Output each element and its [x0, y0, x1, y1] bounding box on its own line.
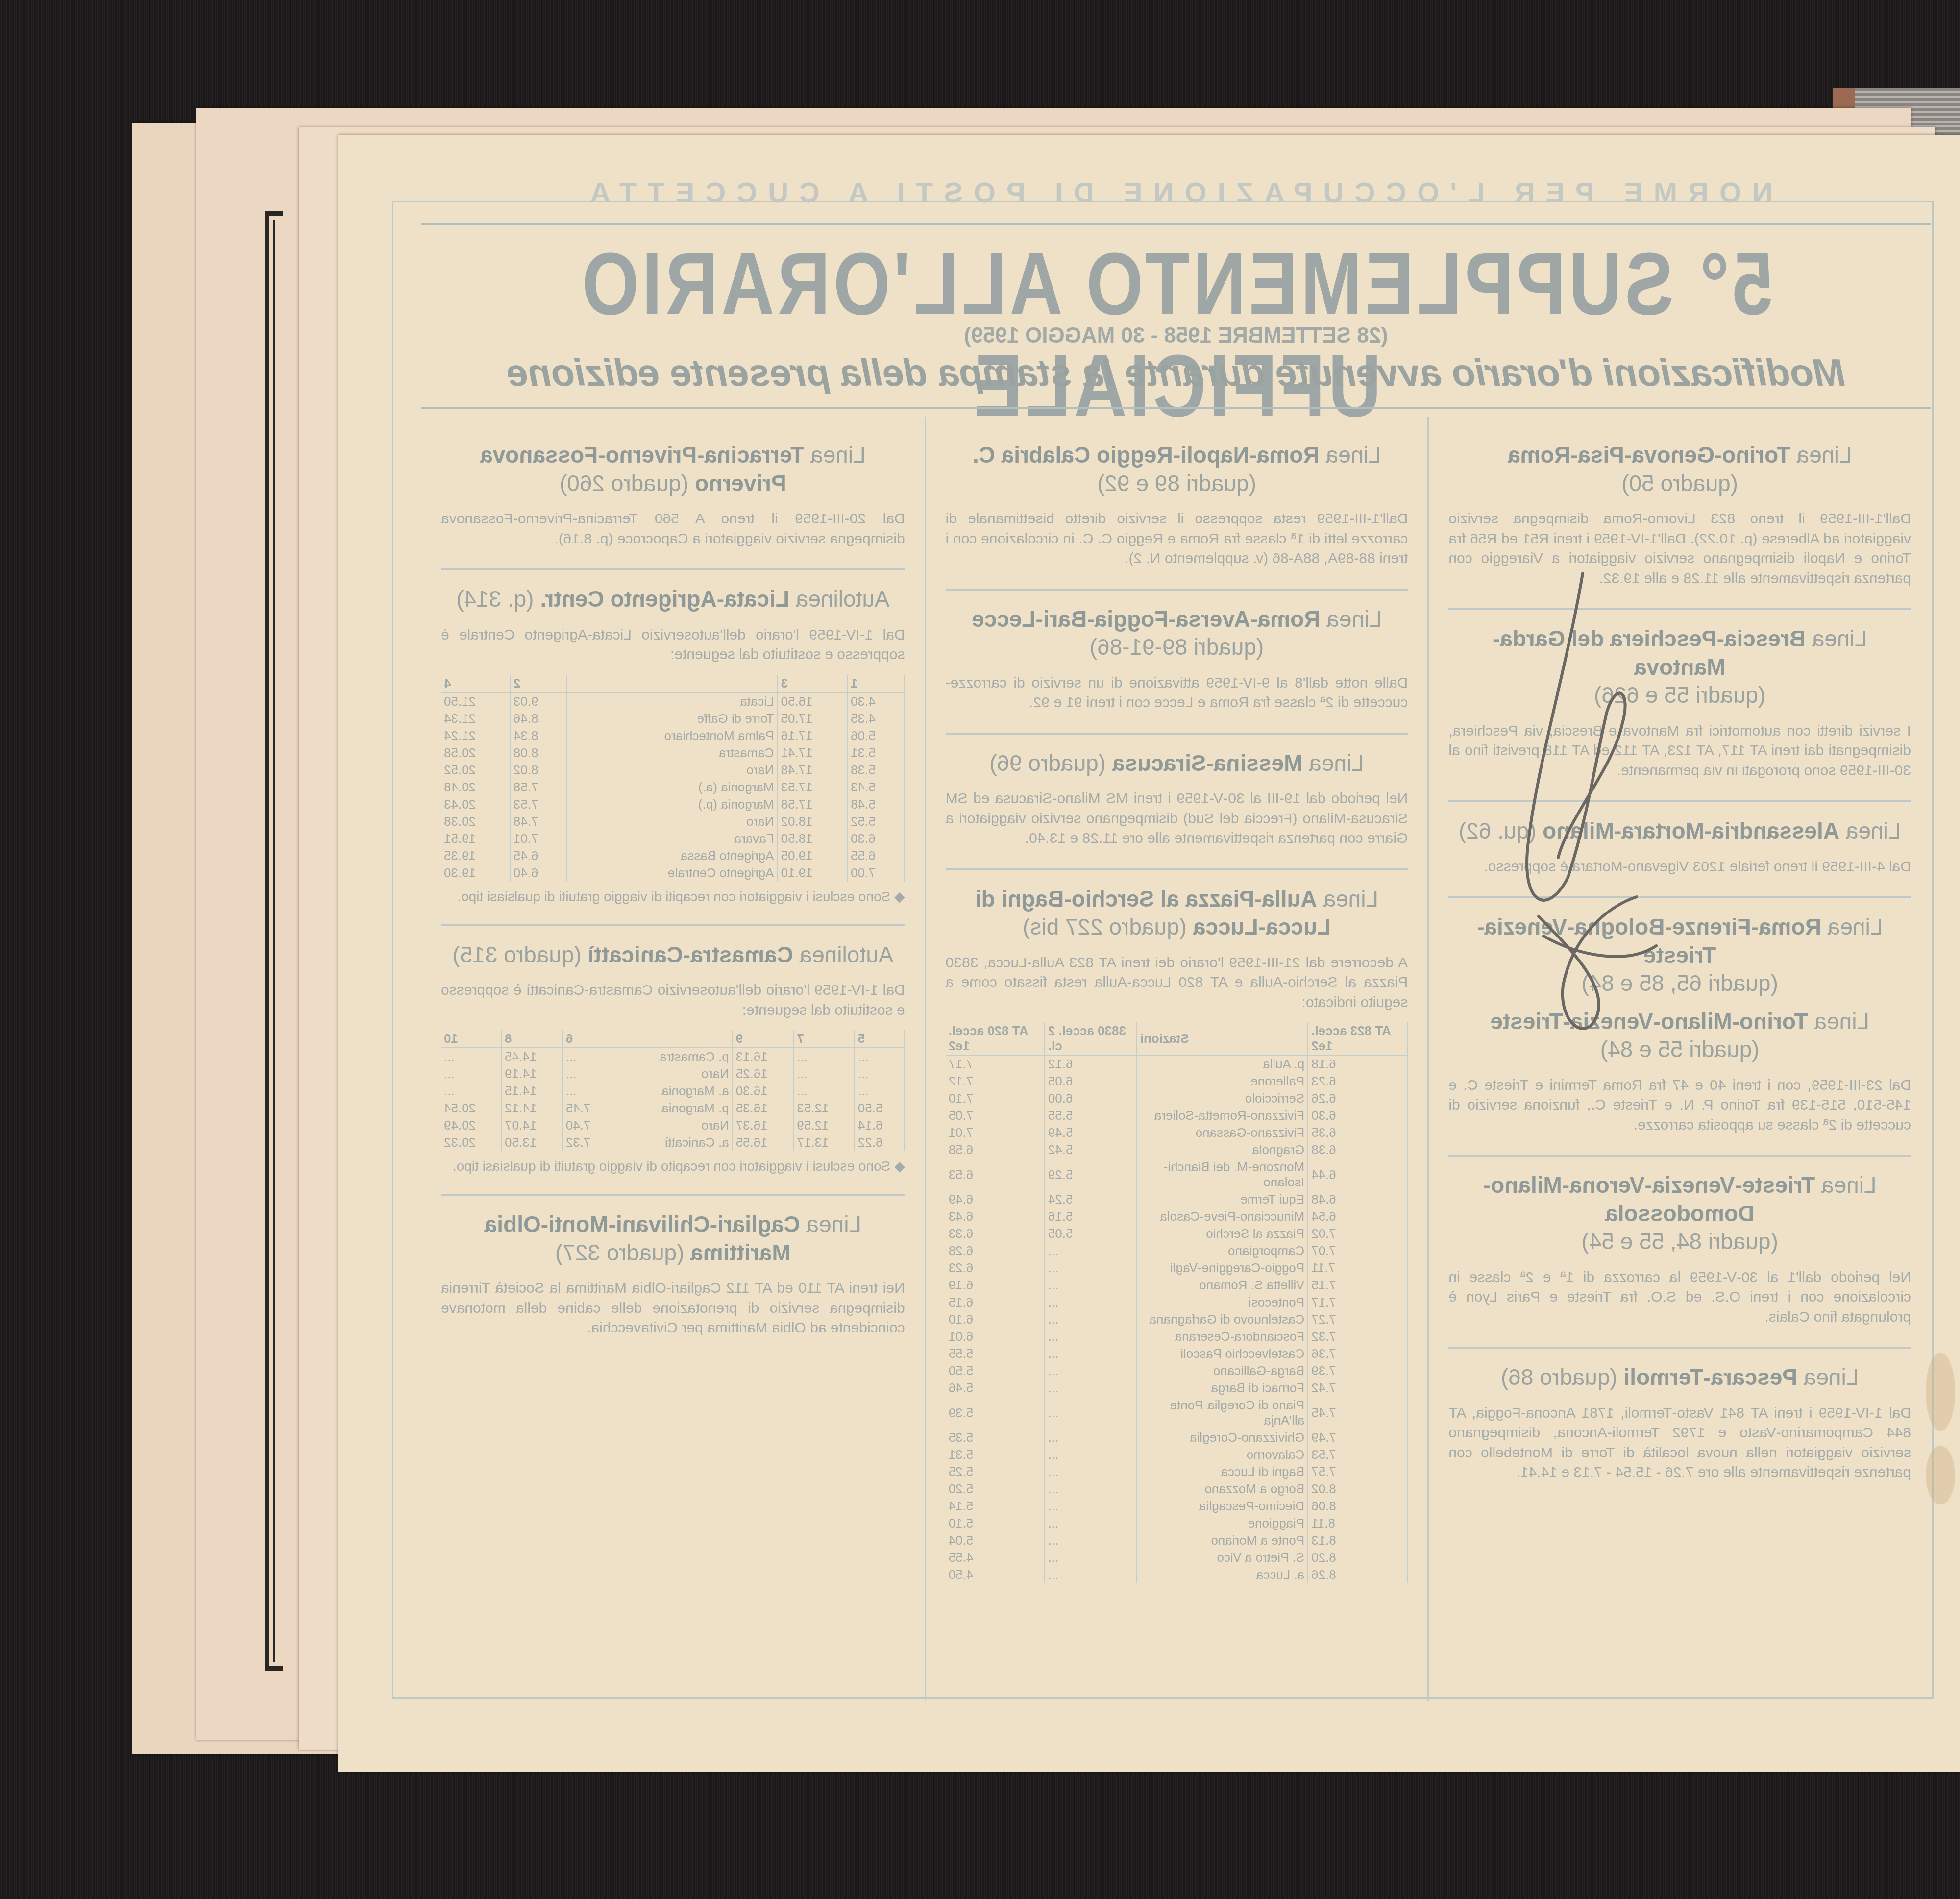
section-body: Dall'1-III-1959 resta soppresso il servi…	[946, 509, 1408, 569]
time-cell: 6.49	[946, 1191, 1045, 1208]
station-name: Favara	[567, 830, 777, 847]
time-cell: 5.55	[1045, 1107, 1137, 1124]
time-cell: 6.10	[946, 1311, 1045, 1328]
time-cell: 17.58	[778, 796, 848, 813]
time-cell: 7.40	[563, 1117, 612, 1134]
header-rule	[421, 223, 1931, 225]
table-row: 8.20S. Pietro a Vico...4.55	[946, 1549, 1408, 1566]
station-name: Agrigento Centrale	[567, 864, 777, 882]
time-cell: 19.35	[441, 847, 510, 864]
station-name: Castelvecchio Pascoli	[1137, 1345, 1308, 1362]
time-cell: 13.17	[793, 1134, 855, 1151]
table-row: 4.3016.50Licata9.0321.50	[441, 692, 905, 710]
time-cell: 16.25	[733, 1065, 794, 1083]
station-name: Barga-Gallicano	[1137, 1362, 1308, 1380]
time-cell: 14.15	[501, 1083, 563, 1100]
section-pescara-termoli: Linea Pescara-Termoli (quadro 86) Dal 1-…	[1448, 1349, 1911, 1503]
time-cell: 14.19	[501, 1065, 563, 1083]
station-name: Castelnuovo di Garfagnana	[1137, 1311, 1308, 1328]
time-cell: 14.45	[501, 1048, 563, 1065]
time-cell: 7.58	[510, 779, 567, 796]
time-cell: 7.05	[946, 1107, 1045, 1124]
document-subheading: Modificazioni d'orario avvenute durante …	[421, 350, 1931, 395]
station-name: p. Camastra	[612, 1048, 733, 1065]
paper-stain	[1926, 1446, 1955, 1504]
time-cell: 16.37	[733, 1117, 794, 1134]
time-cell: ...	[1045, 1259, 1137, 1277]
table-row: 7.42Fornaci di Barga...5.46	[946, 1380, 1408, 1397]
time-cell: 7.42	[1308, 1380, 1407, 1397]
time-cell: 6.28	[946, 1242, 1045, 1259]
column-left: Linea Terracina-Priverno-Fossanova Prive…	[421, 417, 925, 1701]
section-body: Dal 23-III-1959, con i treni 40 e 47 fra…	[1448, 1076, 1911, 1135]
time-cell: ...	[1045, 1446, 1137, 1463]
time-cell: 4.30	[847, 692, 905, 710]
document-date-range: (28 SETTEMBRE 1958 - 30 MAGGIO 1959)	[421, 323, 1931, 348]
time-cell: 6.01	[946, 1328, 1045, 1345]
station-name: Pontecosi	[1137, 1294, 1308, 1311]
time-cell: 5.24	[1045, 1191, 1137, 1208]
time-cell: 5.38	[847, 762, 905, 779]
time-cell: 9.03	[510, 692, 567, 710]
station-name: Piano di Coreglia-Ponte all'Anja	[1137, 1397, 1308, 1429]
section-body: Dal 1-IV-1959 l'orario dell'autoservizio…	[441, 981, 905, 1020]
station-name: Minucciano-Pieve-Casola	[1137, 1208, 1308, 1225]
time-cell: 7.17	[946, 1055, 1045, 1073]
station-name: Ponte a Moriano	[1137, 1532, 1308, 1549]
time-cell: 7.53	[1308, 1446, 1407, 1463]
time-cell: 6.22	[855, 1134, 905, 1151]
time-cell: 5.50	[855, 1100, 905, 1117]
time-cell: 5.20	[946, 1480, 1045, 1498]
time-cell: 7.39	[1308, 1362, 1407, 1380]
time-cell: ...	[441, 1048, 501, 1065]
time-cell: ...	[1045, 1397, 1137, 1429]
time-cell: 20.58	[441, 744, 510, 762]
time-cell: 5.48	[847, 796, 905, 813]
time-cell: 6.54	[1308, 1208, 1407, 1225]
time-cell: 8.08	[510, 744, 567, 762]
time-cell: ...	[1045, 1463, 1137, 1480]
station-name: Bagni di Lucca	[1137, 1463, 1308, 1480]
time-cell: 6.23	[1308, 1073, 1407, 1090]
time-cell: 5.31	[847, 744, 905, 762]
time-cell: ...	[1045, 1498, 1137, 1515]
section-licata-agrigento: Autolinea Licata-Agrigento Centr. (q. 31…	[441, 570, 905, 926]
table-row: 8.06Diecimo-Pescaglia...5.14	[946, 1498, 1408, 1515]
time-cell: 5.04	[946, 1532, 1045, 1549]
section-body: Dal 20-III-1959 il treno A 560 Terracina…	[441, 509, 905, 549]
station-name: Palma Montechiaro	[567, 727, 777, 744]
time-cell: 7.17	[1308, 1294, 1407, 1311]
time-cell: 7.32	[1308, 1328, 1407, 1345]
time-cell: ...	[793, 1065, 855, 1083]
station-name: Margonia (a.)	[567, 779, 777, 796]
table-row: 6.23Pallerone6.057.12	[946, 1073, 1408, 1090]
time-cell: ...	[441, 1065, 501, 1083]
station-name: Pallerone	[1137, 1073, 1308, 1090]
time-cell: 7.45	[1308, 1397, 1407, 1429]
time-cell: 20.48	[441, 779, 510, 796]
time-cell: 20.52	[441, 762, 510, 779]
timetable-note: ◆ Sono esclusi i viaggiatori con recapit…	[441, 888, 905, 905]
top-heading: NORME PER L'OCCUPAZIONE DI POSTI A CUCCE…	[421, 176, 1931, 209]
station-name: Agrigento Bassa	[567, 847, 777, 864]
station-name: a. Canicattì	[612, 1134, 733, 1151]
time-cell: 16.13	[733, 1048, 794, 1065]
section-camastra-canicatti: Autolinea Camastra-Canicattì (quadro 315…	[441, 926, 905, 1196]
time-cell: ...	[793, 1048, 855, 1065]
time-cell: 6.40	[510, 864, 567, 882]
time-cell: 7.27	[1308, 1311, 1407, 1328]
table-row: 7.57Bagni di Lucca...5.25	[946, 1463, 1408, 1480]
time-cell: 6.19	[946, 1277, 1045, 1294]
time-cell: 5.52	[847, 813, 905, 830]
paper-stain	[1926, 1353, 1955, 1431]
table-row: ......16.25Naro...14.19...	[441, 1065, 905, 1083]
time-cell: 17.41	[778, 744, 848, 762]
time-cell: 7.45	[563, 1100, 612, 1117]
time-cell: 19.51	[441, 830, 510, 847]
time-cell: 7.01	[510, 830, 567, 847]
table-row: 6.54Minucciano-Pieve-Casola5.166.43	[946, 1208, 1408, 1225]
time-cell: 19.30	[441, 864, 510, 882]
time-cell: ...	[563, 1083, 612, 1100]
table-row: 7.11Poggio-Careggine-Vagli...6.23	[946, 1259, 1408, 1277]
table-row: 6.3018.50Favara7.0119.51	[441, 830, 905, 847]
time-cell: 21.24	[441, 727, 510, 744]
station-name: Calavorno	[1137, 1446, 1308, 1463]
station-name: Margonia (p.)	[567, 796, 777, 813]
station-name: Licata	[567, 692, 777, 710]
time-cell: 17.48	[778, 762, 848, 779]
station-name: Fornaci di Barga	[1137, 1380, 1308, 1397]
table-row: 6.26Serricciolo6.007.10	[946, 1090, 1408, 1107]
time-cell: 7.15	[1308, 1277, 1407, 1294]
time-cell: 20.32	[441, 1134, 501, 1151]
station-name: Camporgiano	[1137, 1242, 1308, 1259]
time-cell: 7.07	[1308, 1242, 1407, 1259]
station-name: Ghivizzano-Coreglia	[1137, 1429, 1308, 1446]
time-cell: ...	[1045, 1362, 1137, 1380]
time-cell: ...	[1045, 1566, 1137, 1583]
time-cell: 16.30	[733, 1083, 794, 1100]
bleed-through-document: NORME PER L'OCCUPAZIONE DI POSTI A CUCCE…	[421, 176, 1931, 1701]
station-name: S. Pietro a Vico	[1137, 1549, 1308, 1566]
time-cell: 8.02	[1308, 1480, 1407, 1498]
column-grid: Linea Torino-Genova-Pisa-Roma(quadro 50)…	[421, 417, 1931, 1701]
table-row: 6.5519.05Agrigento Bassa6.4519.35	[441, 847, 905, 864]
time-cell: ...	[563, 1048, 612, 1065]
station-name: Serricciolo	[1137, 1090, 1308, 1107]
station-name: Camastra	[567, 744, 777, 762]
time-cell: 6.38	[1308, 1141, 1407, 1159]
time-cell: ...	[1045, 1380, 1137, 1397]
time-cell: ...	[1045, 1294, 1137, 1311]
time-cell: 6.12	[1045, 1055, 1137, 1073]
section-title: Messina-Siracusa	[1112, 750, 1303, 776]
table-row: 8.02Borgo a Mozzano...5.20	[946, 1480, 1408, 1498]
time-cell: 5.46	[946, 1380, 1045, 1397]
time-cell: 7.02	[1308, 1225, 1407, 1242]
table-row: 7.53Calavorno...5.31	[946, 1446, 1408, 1463]
time-cell: 6.45	[510, 847, 567, 864]
time-cell: ...	[1045, 1429, 1137, 1446]
time-cell: 17.05	[778, 710, 848, 727]
time-cell: 7.10	[946, 1090, 1045, 1107]
time-cell: ...	[1045, 1277, 1137, 1294]
time-cell: ...	[855, 1065, 905, 1083]
time-cell: 6.48	[1308, 1191, 1407, 1208]
time-cell: 6.26	[1308, 1090, 1407, 1107]
time-cell: 8.46	[510, 710, 567, 727]
section-messina-siracusa: Linea Messina-Siracusa (quadro 96) Nel p…	[946, 735, 1408, 870]
table-row: 5.4317.53Margonia (a.)7.5820.48	[441, 779, 905, 796]
table-row: 7.15Villetta S. Romano...6.19	[946, 1277, 1408, 1294]
time-cell: 18.50	[778, 830, 848, 847]
section-title: Camastra-Canicattì	[588, 942, 793, 967]
section-aulla-lucca: Linea Aulla-Piazza al Serchio-Bagni di L…	[946, 870, 1408, 1603]
time-cell: 7.11	[1308, 1259, 1407, 1277]
section-body: Dal 1-IV-1959 l'orario dell'autoservizio…	[441, 625, 905, 665]
time-cell: 5.16	[1045, 1208, 1137, 1225]
table-row: 6.2213.1716.55a. Canicattì7.3213.5020.32	[441, 1134, 905, 1151]
table-row: 6.30Fivizzano-Rometta-Soliera5.557.05	[946, 1107, 1408, 1124]
table-row: 4.3517.05Torre di Gaffe8.4621.34	[441, 710, 905, 727]
time-cell: 17.16	[778, 727, 848, 744]
time-cell: 5.06	[847, 727, 905, 744]
timetable-licata-agrigento: 1 3 2 4 4.3016.50Licata9.0321.504.3517.0…	[441, 675, 905, 882]
time-cell: 5.49	[1045, 1124, 1137, 1141]
section-roma-lecce: Linea Roma-Aversa-Foggia-Bari-Lecce(quad…	[946, 591, 1408, 735]
time-cell: ...	[1045, 1515, 1137, 1532]
table-row: 6.44Monzone-M. dei Bianchi-Isolano5.296.…	[946, 1159, 1408, 1191]
time-cell: 6.30	[1308, 1107, 1407, 1124]
time-cell: 6.05	[1045, 1073, 1137, 1090]
time-cell: 5.10	[946, 1515, 1045, 1532]
time-cell: 8.20	[1308, 1549, 1407, 1566]
printed-border-left	[265, 211, 283, 1671]
time-cell: 5.25	[946, 1463, 1045, 1480]
time-cell: ...	[441, 1083, 501, 1100]
time-cell: 5.31	[946, 1446, 1045, 1463]
timetable-aulla-lucca: AT 823 accel. 1e2 Stazioni 3830 accel. 2…	[946, 1022, 1408, 1583]
time-cell: 6.00	[1045, 1090, 1137, 1107]
time-cell: 12.59	[793, 1117, 855, 1134]
section-roma-reggio: Linea Roma-Napoli-Reggio Calabria C.(qua…	[946, 426, 1408, 591]
station-name: Torre di Gaffe	[567, 710, 777, 727]
time-cell: 8.13	[1308, 1532, 1407, 1549]
time-cell: 19.10	[778, 864, 848, 882]
column-middle: Linea Roma-Napoli-Reggio Calabria C.(qua…	[925, 417, 1428, 1701]
station-name: a. Lucca	[1137, 1566, 1308, 1583]
time-cell: 18.02	[778, 813, 848, 830]
time-cell: ...	[855, 1083, 905, 1100]
time-cell: 16.50	[778, 692, 848, 710]
time-cell: 6.58	[946, 1141, 1045, 1159]
station-name: p. Margonia	[612, 1100, 733, 1117]
table-row: ......16.30a. Margonia...14.15...	[441, 1083, 905, 1100]
section-title: Torino-Genova-Pisa-Roma	[1508, 442, 1790, 468]
station-name: Fivizzano-Gassano	[1137, 1124, 1308, 1141]
table-row: 7.49Ghivizzano-Coreglia...5.35	[946, 1429, 1408, 1446]
time-cell: ...	[1045, 1311, 1137, 1328]
station-name: Naro	[567, 762, 777, 779]
station-name: Fosciandora-Ceserana	[1137, 1328, 1308, 1345]
time-cell: 20.49	[441, 1117, 501, 1134]
table-row: 5.4817.58Margonia (p.)7.5320.43	[441, 796, 905, 813]
section-trieste-domodossola: Linea Trieste-Venezia-Verona-Milano-Domo…	[1448, 1157, 1911, 1349]
time-cell: 7.32	[563, 1134, 612, 1151]
table-row: 8.11Piaggione...5.10	[946, 1515, 1408, 1532]
time-cell: 7.48	[510, 813, 567, 830]
time-cell: 21.34	[441, 710, 510, 727]
time-cell: 8.06	[1308, 1498, 1407, 1515]
time-cell: 5.50	[946, 1362, 1045, 1380]
time-cell: 7.57	[1308, 1463, 1407, 1480]
timetable-body: 6.18p. Aulla6.127.176.23Pallerone6.057.1…	[946, 1055, 1408, 1583]
time-cell: 4.35	[847, 710, 905, 727]
time-cell: ...	[855, 1048, 905, 1065]
time-cell: ...	[1045, 1328, 1137, 1345]
time-cell: 14.07	[501, 1117, 563, 1134]
section-cagliari-olbia: Linea Cagliari-Chilivani-Monti-Olbia Mar…	[441, 1196, 905, 1358]
section-title: Trieste-Venezia-Verona-Milano-Domodossol…	[1483, 1172, 1815, 1226]
station-name: Borgo a Mozzano	[1137, 1480, 1308, 1498]
time-cell: 21.50	[441, 692, 510, 710]
time-cell: 7.01	[946, 1124, 1045, 1141]
time-cell: 6.44	[1308, 1159, 1407, 1191]
time-cell: 6.23	[946, 1259, 1045, 1277]
time-cell: 6.18	[1308, 1055, 1407, 1073]
table-row: 8.26a. Lucca...4.50	[946, 1566, 1408, 1583]
table-row: 5.3817.48Naro8.0220.52	[441, 762, 905, 779]
time-cell: 19.05	[778, 847, 848, 864]
handwritten-signature	[1509, 564, 1686, 1054]
station-name: Fivizzano-Rometta-Soliera	[1137, 1107, 1308, 1124]
section-terracina-priverno: Linea Terracina-Priverno-Fossanova Prive…	[441, 426, 905, 570]
station-name: Villetta S. Romano	[1137, 1277, 1308, 1294]
station-name: Piaggione	[1137, 1515, 1308, 1532]
time-cell: 4.55	[946, 1549, 1045, 1566]
station-name: Monzone-M. dei Bianchi-Isolano	[1137, 1159, 1308, 1191]
time-cell: ...	[1045, 1242, 1137, 1259]
time-cell: 17.53	[778, 779, 848, 796]
table-row: 7.27Castelnuovo di Garfagnana...6.10	[946, 1311, 1408, 1328]
table-row: 5.5012.5316.35p. Margonia7.4514.1220.54	[441, 1100, 905, 1117]
time-cell: 5.29	[1045, 1159, 1137, 1191]
time-cell: 5.43	[847, 779, 905, 796]
table-row: 5.3117.41Camastra8.0820.58	[441, 744, 905, 762]
station-name: Naro	[612, 1065, 733, 1083]
section-title: Roma-Napoli-Reggio Calabria C.	[973, 442, 1320, 468]
section-title: Roma-Aversa-Foggia-Bari-Lecce	[972, 606, 1321, 632]
time-cell: ...	[1045, 1532, 1137, 1549]
time-cell: 8.11	[1308, 1515, 1407, 1532]
station-name: p. Aulla	[1137, 1055, 1308, 1073]
station-name: Poggio-Careggine-Vagli	[1137, 1259, 1308, 1277]
section-title: Licata-Agrigento Centr.	[540, 586, 789, 612]
time-cell: 5.55	[946, 1345, 1045, 1362]
table-row: 7.17Pontecosi...6.15	[946, 1294, 1408, 1311]
time-cell: 12.53	[793, 1100, 855, 1117]
section-title: Pescara-Termoli	[1624, 1364, 1798, 1390]
station-name: Naro	[567, 813, 777, 830]
table-row: ......16.13p. Camastra...14.45...	[441, 1048, 905, 1065]
time-cell: 5.35	[946, 1429, 1045, 1446]
timetable-note: ◆ Sono esclusi i viaggiatori con recapit…	[441, 1158, 905, 1174]
time-cell: 7.36	[1308, 1345, 1407, 1362]
time-cell: ...	[793, 1083, 855, 1100]
time-cell: 4.50	[946, 1566, 1045, 1583]
time-cell: ...	[1045, 1345, 1137, 1362]
section-body: Nel periodo dal 19-III al 30-V-1959 i tr…	[946, 789, 1408, 849]
time-cell: 6.15	[946, 1294, 1045, 1311]
time-cell: 8.26	[1308, 1566, 1407, 1583]
table-row: 6.35Fivizzano-Gassano5.497.01	[946, 1124, 1408, 1141]
time-cell: 8.34	[510, 727, 567, 744]
time-cell: 7.12	[946, 1073, 1045, 1090]
timetable-body: ......16.13p. Camastra...14.45.........1…	[441, 1048, 905, 1151]
time-cell: ...	[563, 1065, 612, 1083]
table-row: 5.5218.02Naro7.4820.38	[441, 813, 905, 830]
section-body: Nel periodo dall'1 al 30-V-1959 la carro…	[1448, 1268, 1911, 1328]
table-row: 7.45Piano di Coreglia-Ponte all'Anja...5…	[946, 1397, 1408, 1429]
time-cell: 7.00	[847, 864, 905, 882]
time-cell: 7.53	[510, 796, 567, 813]
section-body: A decorrere dal 21-III-1959 l'orario dei…	[946, 953, 1408, 1013]
station-name: a. Margonia	[612, 1083, 733, 1100]
station-name: Gragnola	[1137, 1141, 1308, 1159]
time-cell: 6.35	[1308, 1124, 1407, 1141]
table-row: 8.13Ponte a Moriano...5.04	[946, 1532, 1408, 1549]
time-cell: 20.43	[441, 796, 510, 813]
station-name: Naro	[612, 1117, 733, 1134]
table-row: 7.32Fosciandora-Ceserana...6.01	[946, 1328, 1408, 1345]
time-cell: 16.35	[733, 1100, 794, 1117]
section-body: Dalle notte dall'8 al 9-IV-1959 attivazi…	[946, 673, 1408, 713]
station-name: Equi Terme	[1137, 1191, 1308, 1208]
time-cell: 6.53	[946, 1159, 1045, 1191]
time-cell: 20.54	[441, 1100, 501, 1117]
section-body: Dal 1-IV-1959 i treni AT 841 Vasto-Termo…	[1448, 1404, 1911, 1483]
table-row: 6.38Gragnola5.426.58	[946, 1141, 1408, 1159]
table-row: 7.0019.10Agrigento Centrale6.4019.30	[441, 864, 905, 882]
table-row: 7.07Camporgiano...6.28	[946, 1242, 1408, 1259]
time-cell: 20.38	[441, 813, 510, 830]
timetable-body: 4.3016.50Licata9.0321.504.3517.05Torre d…	[441, 692, 905, 882]
table-row: 6.18p. Aulla6.127.17	[946, 1055, 1408, 1073]
time-cell: ...	[1045, 1549, 1137, 1566]
time-cell: 5.05	[1045, 1225, 1137, 1242]
time-cell: 5.42	[1045, 1141, 1137, 1159]
time-cell: 5.14	[946, 1498, 1045, 1515]
timetable-camastra-canicatti: 5 7 9 6 8 10 ......16.13p. Camastra...14…	[441, 1030, 905, 1151]
table-row: 7.02Piazza al Serchio5.056.33	[946, 1225, 1408, 1242]
time-cell: 14.12	[501, 1100, 563, 1117]
time-cell: 6.33	[946, 1225, 1045, 1242]
title-rule	[421, 407, 1931, 409]
time-cell: 16.55	[733, 1134, 794, 1151]
table-row: 7.36Castelvecchio Pascoli...5.55	[946, 1345, 1408, 1362]
time-cell: 8.02	[510, 762, 567, 779]
time-cell: 6.55	[847, 847, 905, 864]
station-name: Diecimo-Pescaglia	[1137, 1498, 1308, 1515]
table-row: 5.0617.16Palma Montechiaro8.3421.24	[441, 727, 905, 744]
table-row: 7.39Barga-Gallicano...5.50	[946, 1362, 1408, 1380]
time-cell: 7.49	[1308, 1429, 1407, 1446]
time-cell: 5.39	[946, 1397, 1045, 1429]
